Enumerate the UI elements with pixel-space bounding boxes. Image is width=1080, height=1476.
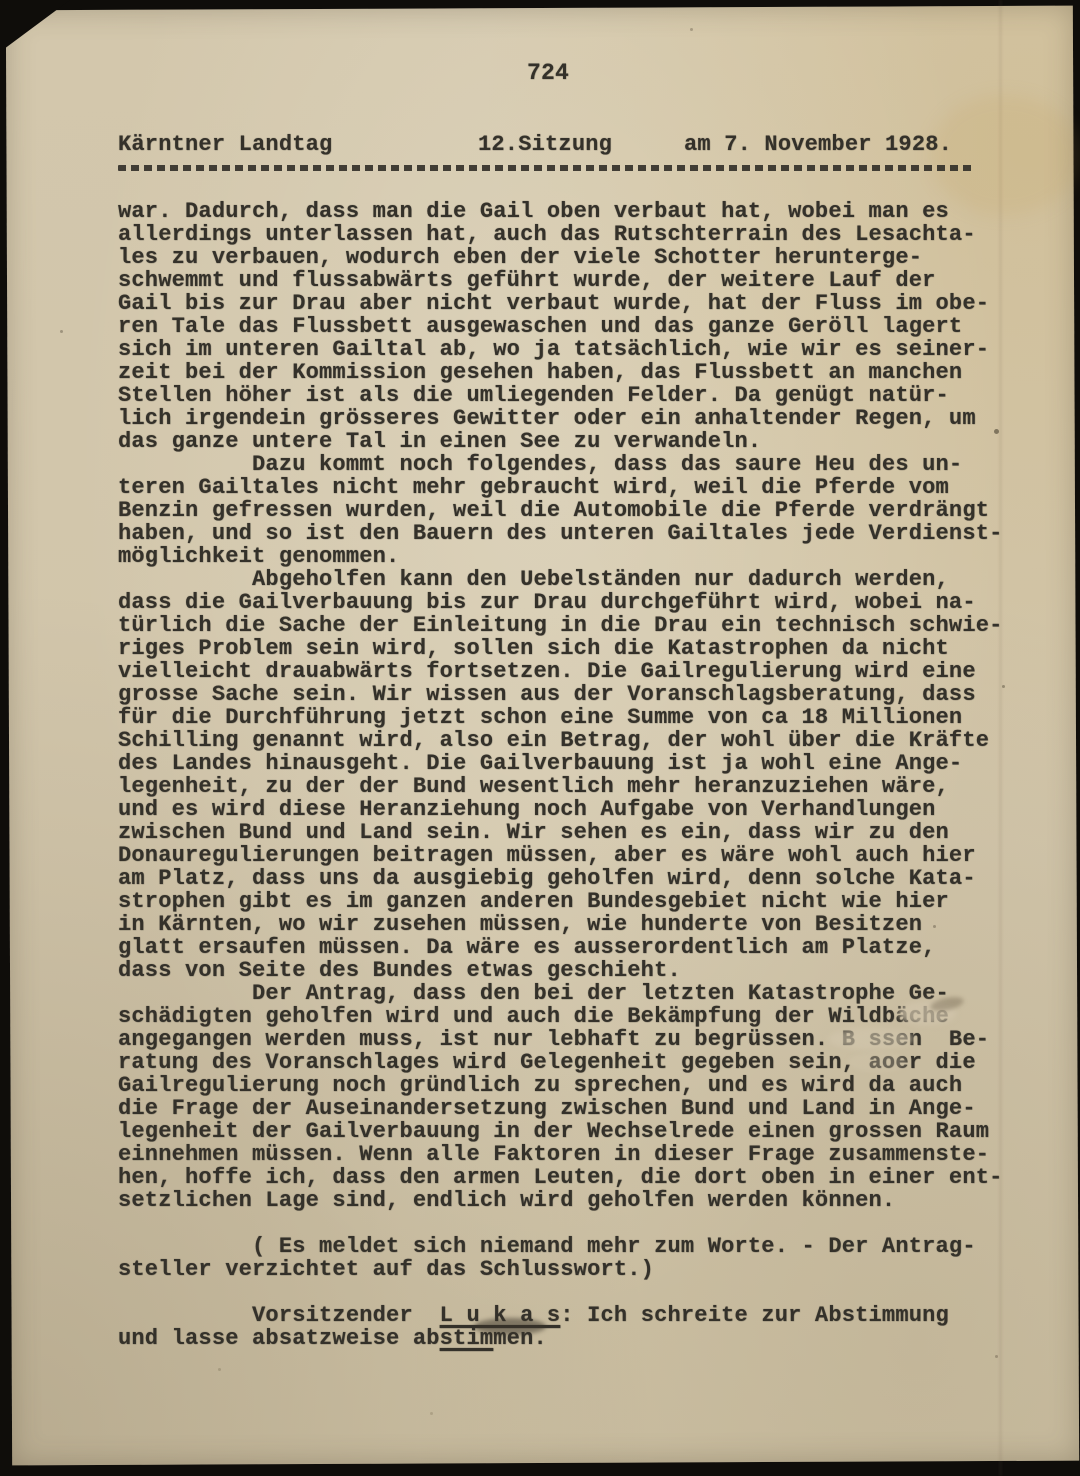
paragraph: Der Antrag, dass den bei der letzten Kat… (118, 982, 1038, 1212)
paragraph: ( Es meldet sich niemand mehr zum Worte.… (118, 1235, 1038, 1281)
text-line: zwischen Bund und Land sein. Wir sehen e… (118, 821, 1038, 844)
text-line: einnehmen müssen. Wenn alle Faktoren in … (118, 1143, 1038, 1166)
text-line: zeit bei der Kommission gesehen haben, d… (118, 361, 1038, 384)
text-line: türlich die Sache der Einleitung in die … (118, 614, 1038, 637)
text-segment: : Ich schreite zur Abstimmung (560, 1303, 949, 1328)
text-line: sich im unteren Gailtal ab, wo ja tatsäc… (118, 338, 1038, 361)
text-line: haben, und so ist den Bauern des unteren… (118, 522, 1038, 545)
text-line: für die Durchführung jetzt schon eine Su… (118, 706, 1038, 729)
text-segment: und lasse absatzweise ab (118, 1326, 440, 1351)
text-line: Gailregulierung noch gründlich zu sprech… (118, 1074, 1038, 1097)
text-line: schädigten geholfen wird und auch die Be… (118, 1005, 1038, 1028)
text-line: glatt ersaufen müssen. Da wäre es ausser… (118, 936, 1038, 959)
underlined-text: stim (440, 1326, 494, 1351)
text-line: ren Tale das Flussbett ausgewaschen und … (118, 315, 1038, 338)
text-line: ( Es meldet sich niemand mehr zum Worte.… (118, 1235, 1038, 1258)
page-number: 724 (118, 62, 978, 85)
text-line: dass die Gailverbauung bis zur Drau durc… (118, 591, 1038, 614)
text-line: Schilling genannt wird, also ein Betrag,… (118, 729, 1038, 752)
underlined-text: L u k a s (440, 1303, 561, 1328)
text-line: vielleicht drauabwärts fortsetzen. Die G… (118, 660, 1038, 683)
paragraph: Abgeholfen kann den Uebelständen nur dad… (118, 568, 1038, 982)
paragraph: Vorsitzender L u k a s: Ich schreite zur… (118, 1304, 1038, 1350)
text-line: ratung des Voranschlages wird Gelegenhei… (118, 1051, 1038, 1074)
text-line: und lasse absatzweise abstimmen. (118, 1327, 1038, 1350)
session-header: Kärntner Landtag 12.Sitzung am 7. Novemb… (118, 133, 980, 156)
text-line: setzlichen Lage sind, endlich wird gehol… (118, 1189, 1038, 1212)
text-line: schwemmt und flussabwärts geführt wurde,… (118, 269, 1038, 292)
text-line: Gail bis zur Drau aber nicht verbaut wur… (118, 292, 1038, 315)
text-line: war. Dadurch, dass man die Gail oben ver… (118, 200, 1038, 223)
text-line: riges Problem sein wird, sollen sich die… (118, 637, 1038, 660)
text-line: dass von Seite des Bundes etwas geschieh… (118, 959, 1038, 982)
scanned-page: 724 Kärntner Landtag 12.Sitzung am 7. No… (0, 0, 1080, 1476)
text-line: legenheit der Gailverbauung in der Wechs… (118, 1120, 1038, 1143)
text-line: Stellen höher ist als die umliegenden Fe… (118, 384, 1038, 407)
paragraph: Dazu kommt noch folgendes, dass das saur… (118, 453, 1038, 568)
paragraph: war. Dadurch, dass man die Gail oben ver… (118, 200, 1038, 453)
text-line: Donauregulierungen beitragen müssen, abe… (118, 844, 1038, 867)
text-line: Vorsitzender L u k a s: Ich schreite zur… (118, 1304, 1038, 1327)
text-line: angegangen werden muss, ist nur lebhaft … (118, 1028, 1038, 1051)
text-line: hen, hoffe ich, dass den armen Leuten, d… (118, 1166, 1038, 1189)
text-line: am Platz, dass uns da ausgiebig geholfen… (118, 867, 1038, 890)
header-session-number: 12.Sitzung (478, 133, 612, 156)
text-line: lich irgendein grösseres Gewitter oder e… (118, 407, 1038, 430)
text-line: Abgeholfen kann den Uebelständen nur dad… (118, 568, 1038, 591)
header-parliament-name: Kärntner Landtag (118, 133, 332, 156)
text-line: Der Antrag, dass den bei der letzten Kat… (118, 982, 1038, 1005)
text-segment: Vorsitzender (118, 1303, 440, 1328)
text-line: und es wird diese Heranziehung noch Aufg… (118, 798, 1038, 821)
text-line: legenheit, zu der der Bund wesentlich me… (118, 775, 1038, 798)
text-line: die Frage der Auseinandersetzung zwische… (118, 1097, 1038, 1120)
text-line: strophen gibt es im ganzen anderen Bunde… (118, 890, 1038, 913)
document-body: war. Dadurch, dass man die Gail oben ver… (118, 200, 1038, 1350)
text-line: teren Gailtales nicht mehr gebraucht wir… (118, 476, 1038, 499)
text-line: des Landes hinausgeht. Die Gailverbauung… (118, 752, 1038, 775)
text-segment: men. (493, 1326, 547, 1351)
text-line: Benzin gefressen wurden, weil die Automo… (118, 499, 1038, 522)
document-content: 724 Kärntner Landtag 12.Sitzung am 7. No… (0, 0, 1080, 1476)
text-line: das ganze untere Tal in einen See zu ver… (118, 430, 1038, 453)
text-line: allerdings unterlassen hat, auch das Rut… (118, 223, 1038, 246)
header-session-date: am 7. November 1928. (684, 133, 952, 156)
text-line: möglichkeit genommen. (118, 545, 1038, 568)
text-line: grosse Sache sein. Wir wissen aus der Vo… (118, 683, 1038, 706)
text-line: les zu verbauen, wodurch eben der viele … (118, 246, 1038, 269)
text-line: steller verzichtet auf das Schlusswort.) (118, 1258, 1038, 1281)
text-line: in Kärnten, wo wir zusehen müssen, wie h… (118, 913, 1038, 936)
header-divider-rule (118, 165, 976, 171)
text-line: Dazu kommt noch folgendes, dass das saur… (118, 453, 1038, 476)
